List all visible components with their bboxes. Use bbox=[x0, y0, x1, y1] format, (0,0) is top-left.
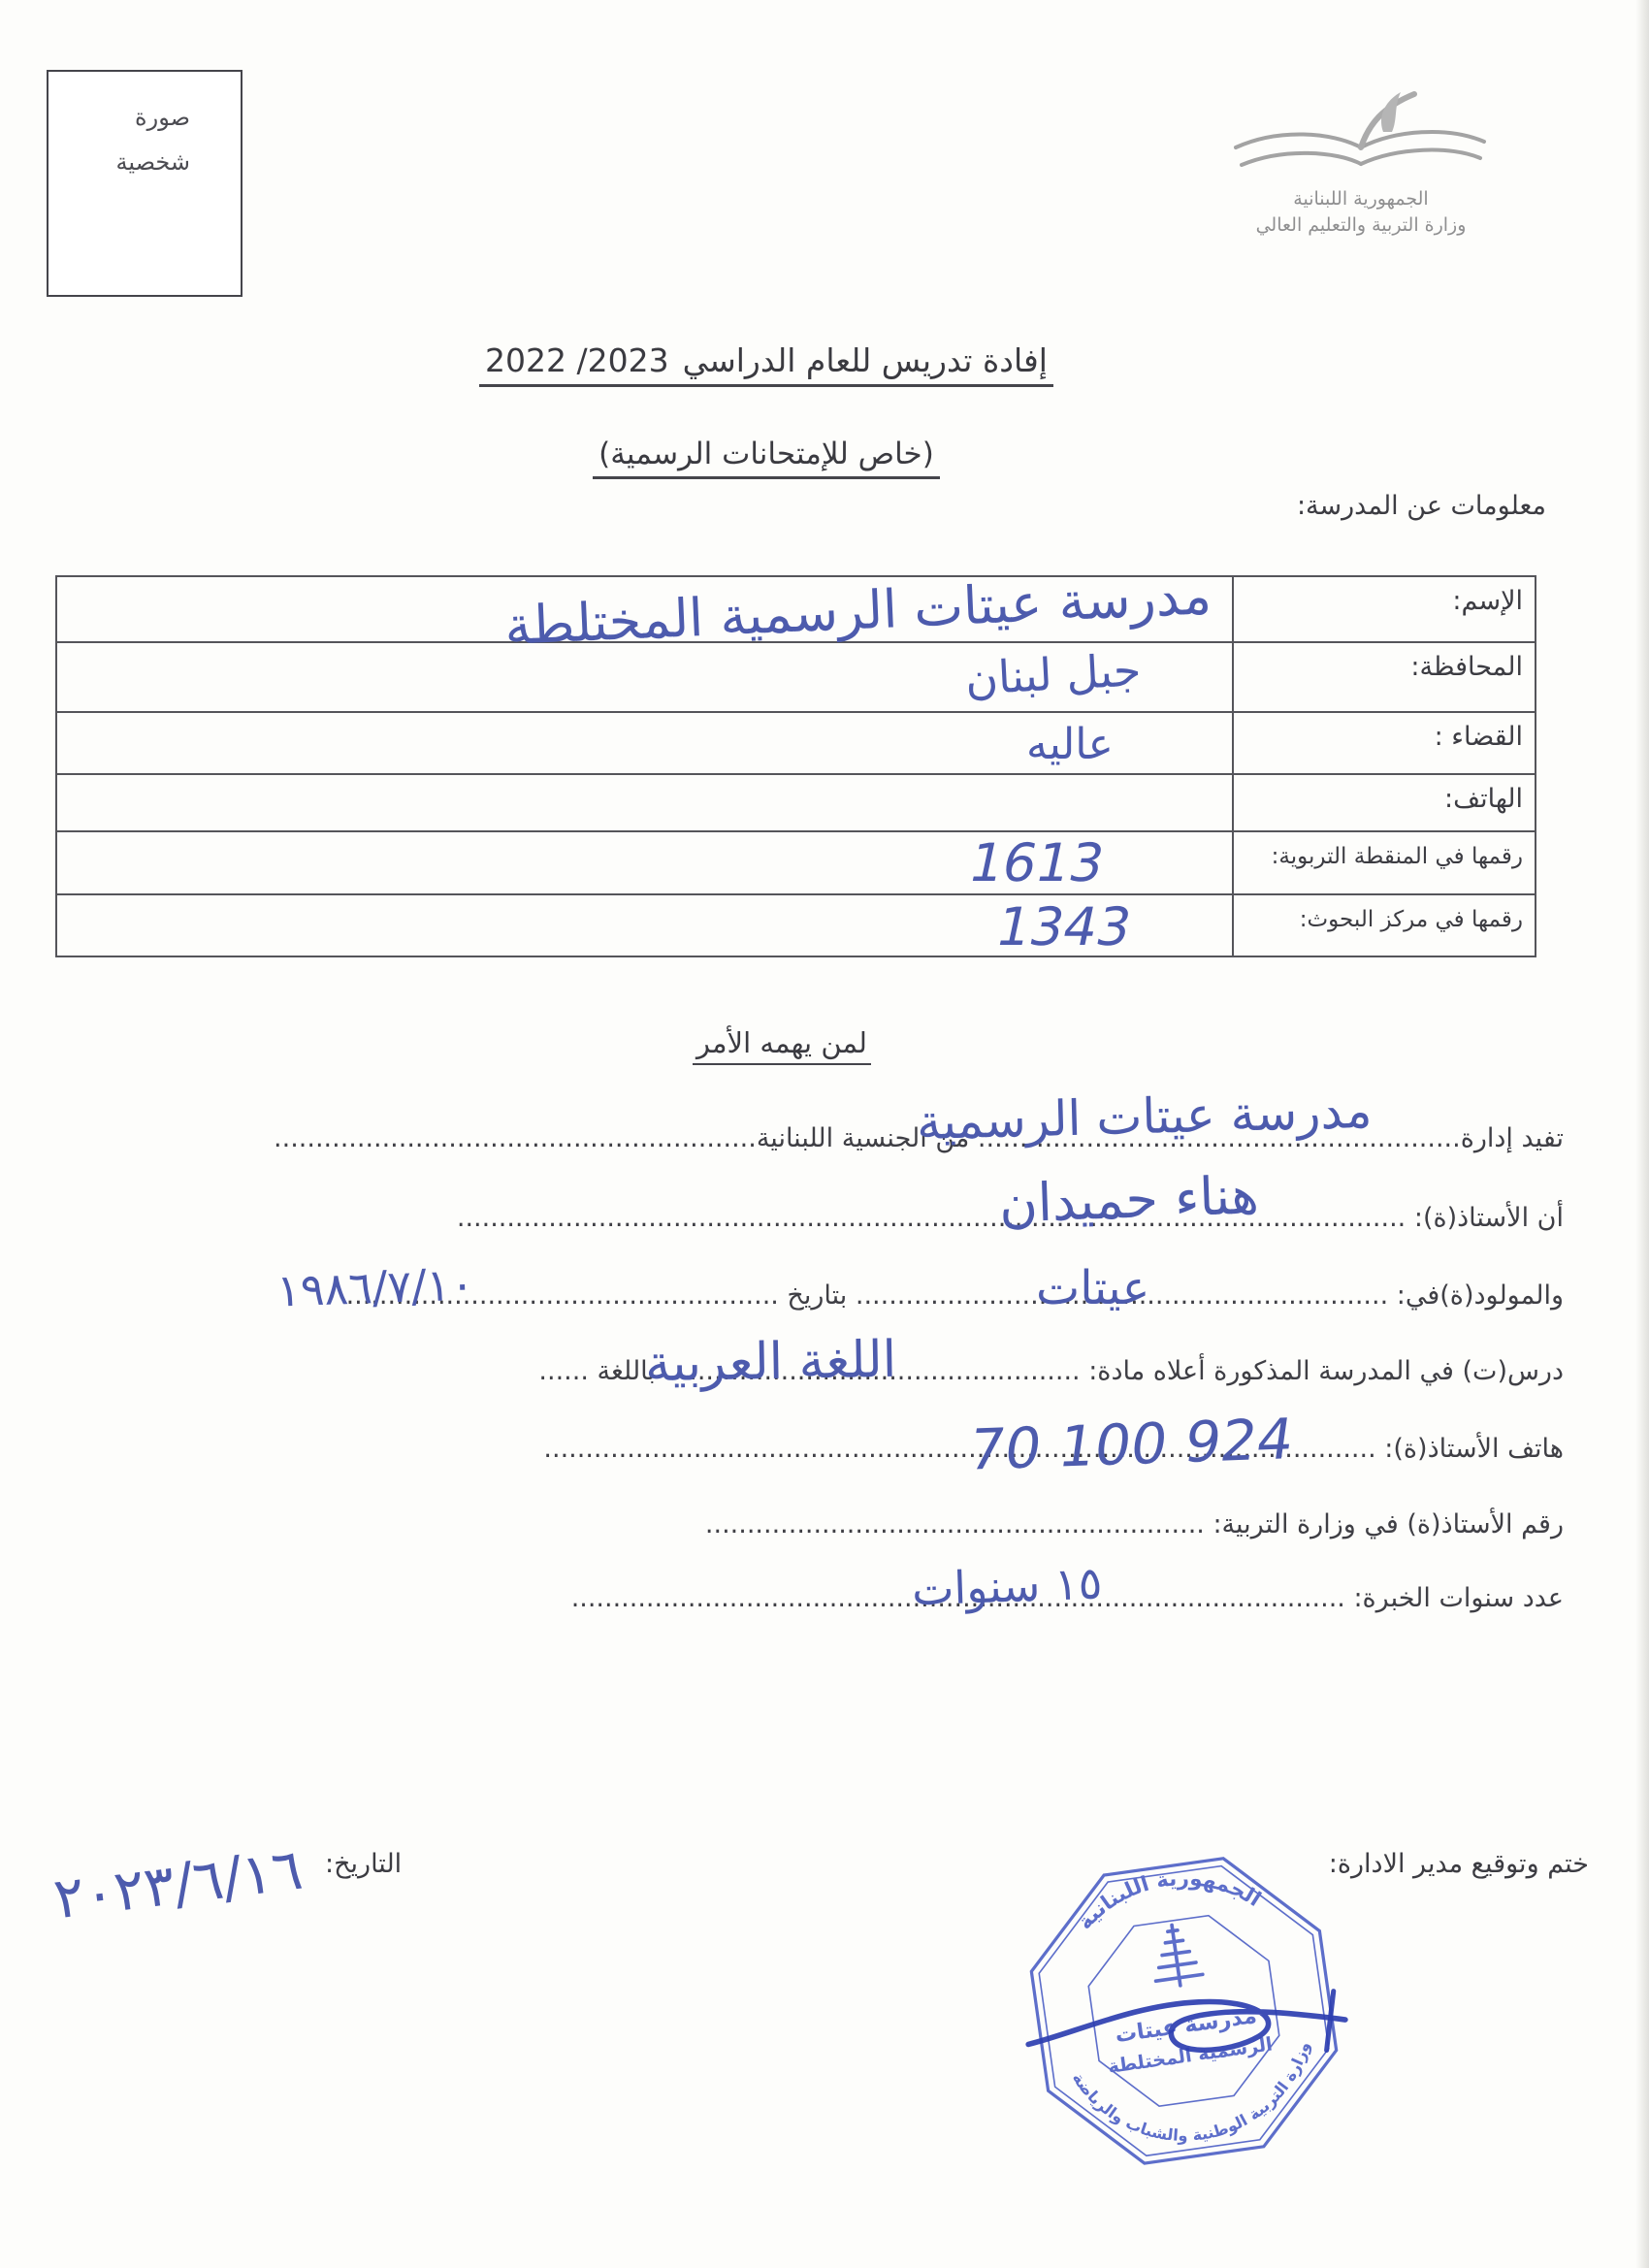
school-info-section-label: معلومات عن المدرسة: bbox=[1297, 491, 1546, 521]
row-label-research-number: رقمها في مركز البحوث: bbox=[1232, 895, 1535, 956]
stamp-octagon-group: الجمهورية اللبنانية وزارة التربية الوطني… bbox=[1019, 1847, 1348, 2176]
row-value-phone bbox=[57, 775, 1232, 830]
open-book-logo-icon bbox=[1230, 89, 1492, 186]
scanned-teaching-certificate-page: صورة شخصية الجمهورية اللبنانية وزارة الت… bbox=[0, 0, 1649, 2268]
photo-label: صورة شخصية bbox=[48, 72, 241, 184]
photo-placeholder-box: صورة شخصية bbox=[47, 70, 242, 297]
stamp-second-octagon bbox=[1028, 1855, 1341, 2167]
handwritten-research-number: 1343 bbox=[990, 896, 1137, 957]
stamp-signature-label: ختم وتوقيع مدير الادارة: bbox=[1329, 1849, 1589, 1879]
scan-edge-artifact bbox=[1635, 0, 1649, 2268]
handwritten-teacher-name: هناء حميدان bbox=[998, 1164, 1260, 1234]
letter-heading-text: لمن يهمه الأمر bbox=[696, 1026, 867, 1059]
cedar-tree-icon bbox=[1148, 1922, 1204, 1989]
ministry-header: الجمهورية اللبنانية وزارة التربية والتعل… bbox=[1220, 89, 1502, 239]
handwritten-experience-years: ١٥ سنوات bbox=[911, 1557, 1103, 1616]
school-year: 2022 /2023 bbox=[485, 341, 669, 379]
handwritten-district: عاليه bbox=[1026, 720, 1114, 769]
table-row-research-number: رقمها في مركز البحوث: bbox=[57, 895, 1535, 956]
letter-heading: لمن يهمه الأمر bbox=[539, 1026, 1024, 1065]
handwritten-zone-number: 1613 bbox=[963, 832, 1110, 893]
table-row-district: القضاء : bbox=[57, 713, 1535, 775]
row-label-phone: الهاتف: bbox=[1232, 775, 1535, 830]
row-label-zone-number: رقمها في المنقطة التربوية: bbox=[1232, 832, 1535, 893]
subtitle-text: (خاص للإمتحانات الرسمية) bbox=[598, 437, 934, 471]
official-stamp: الجمهورية اللبنانية وزارة التربية الوطني… bbox=[1017, 1835, 1351, 2196]
photo-label-line1: صورة bbox=[48, 95, 190, 140]
handwritten-birthplace: عيتات bbox=[1036, 1261, 1149, 1315]
table-row-zone-number: رقمها في المنقطة التربوية: bbox=[57, 832, 1535, 895]
table-row-governorate: المحافظة: bbox=[57, 643, 1535, 713]
handwritten-school-name-letter: مدرسة عيتات الرسمية bbox=[916, 1083, 1373, 1150]
handwritten-birth-date: ١٩٨٦/٧/١٠ bbox=[275, 1257, 475, 1316]
date-label: التاريخ: bbox=[325, 1849, 402, 1879]
republic-name: الجمهورية اللبنانية bbox=[1220, 186, 1502, 212]
table-row-phone: الهاتف: bbox=[57, 775, 1535, 832]
handwritten-teacher-phone: 70 100 924 bbox=[964, 1406, 1298, 1483]
flame-glyph bbox=[1381, 92, 1401, 132]
handwritten-subject: اللغة العربية bbox=[644, 1331, 896, 1394]
row-label-district: القضاء : bbox=[1232, 713, 1535, 773]
stamp-outer-octagon bbox=[1019, 1847, 1348, 2176]
title-text: إفادة تدريس للعام الدراسي bbox=[683, 341, 1048, 379]
row-label-name: الإسم: bbox=[1232, 577, 1535, 641]
letter-line-ministry-number: رقم الأستاذ(ة) في وزارة التربية: .......… bbox=[705, 1509, 1564, 1539]
document-title: إفادة تدريس للعام الدراسي2022 /2023 bbox=[417, 341, 1115, 387]
handwritten-governorate: جبل لبنان bbox=[964, 643, 1143, 704]
letter-line-birth: والمولود(ة)في: .........................… bbox=[346, 1280, 1564, 1311]
document-subtitle: (خاص للإمتحانات الرسمية) bbox=[417, 437, 1115, 479]
ministry-name: وزارة التربية والتعليم العالي bbox=[1220, 212, 1502, 239]
photo-label-line2: شخصية bbox=[48, 140, 190, 184]
handwritten-issue-date: ٢٠٢٣/٦/١٦ bbox=[50, 1836, 307, 1932]
row-label-governorate: المحافظة: bbox=[1232, 643, 1535, 711]
